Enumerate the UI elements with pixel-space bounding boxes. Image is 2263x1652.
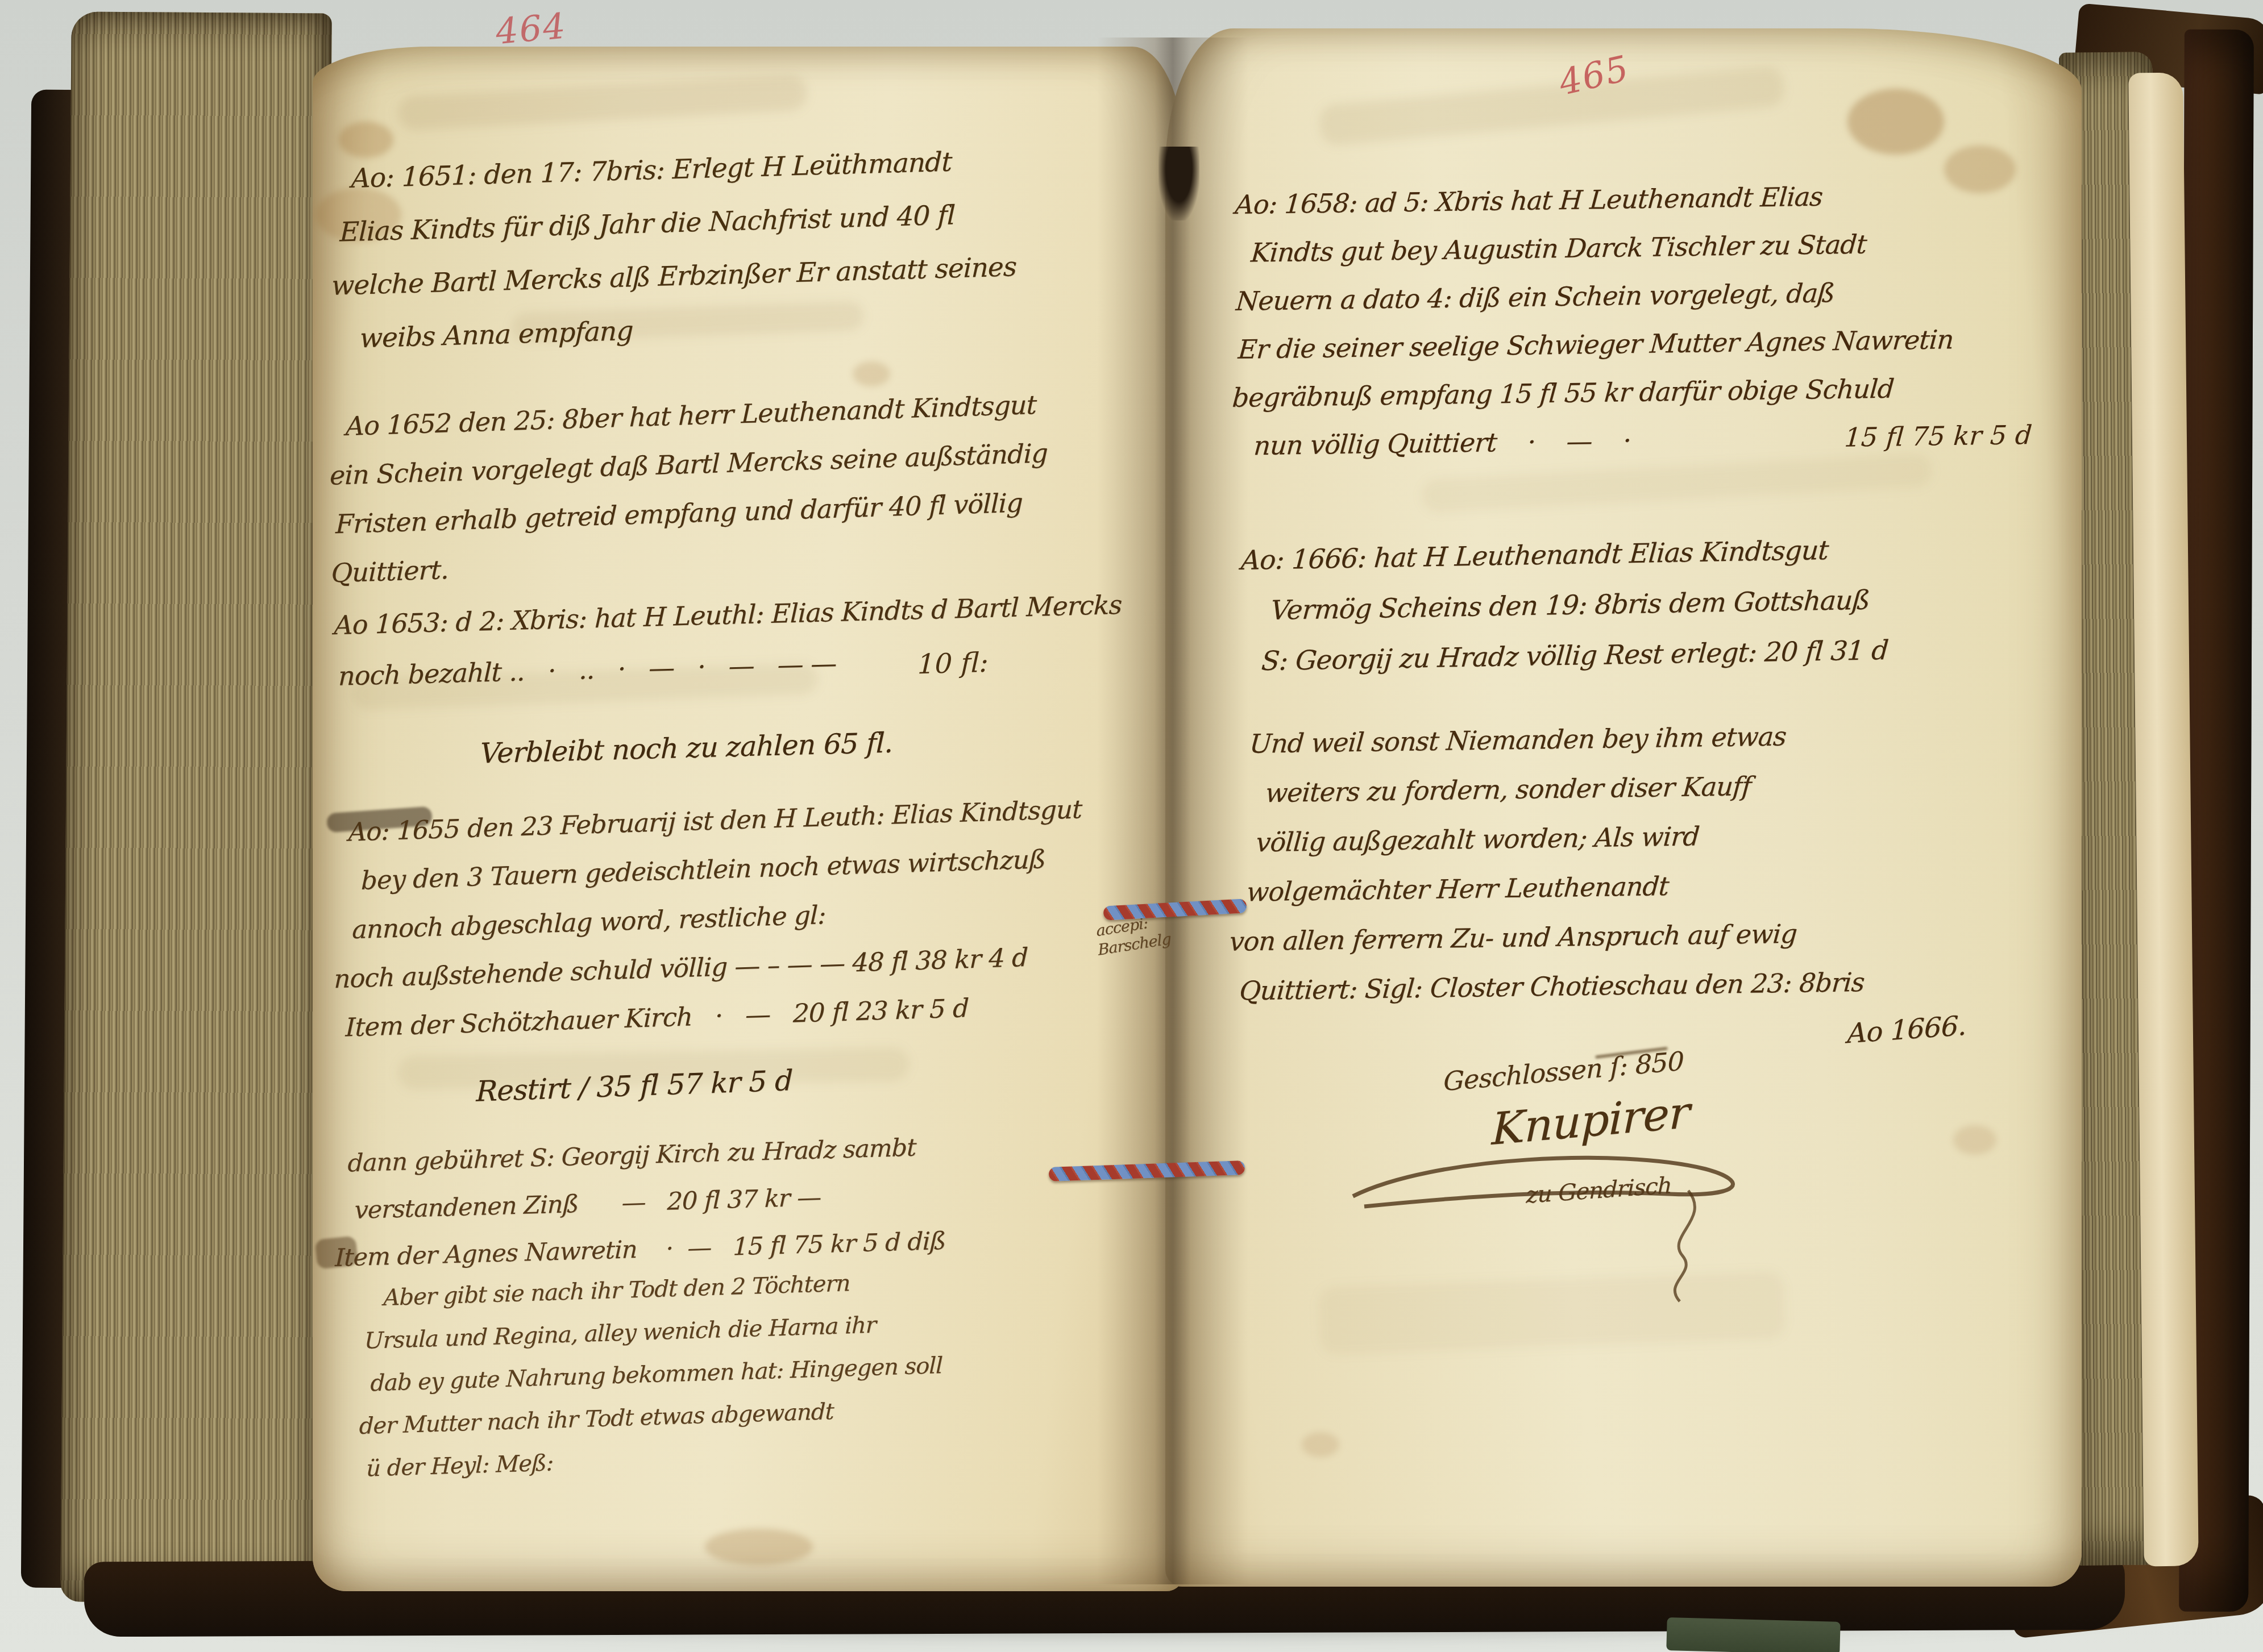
book-strap xyxy=(1666,1617,1840,1652)
left-page-edges xyxy=(60,11,332,1603)
manuscript-line: völlig außgezahlt worden; Als wird xyxy=(1254,809,1876,867)
paper-stain xyxy=(1953,1125,1996,1155)
ledger-entry-1651: Ao: 1651: den 17: 7bris: Erlegt H Leüthm… xyxy=(330,134,1020,366)
manuscript-line: Quittiert: Sigl: Closter Chotieschau den… xyxy=(1238,958,1866,1016)
ledger-entry-1658: Ao: 1658: ad 5: Xbris hat H Leuthenandt … xyxy=(1211,169,2063,471)
paper-stain xyxy=(1302,1432,1339,1457)
left-page-number: 464 xyxy=(494,5,568,53)
paper-stain xyxy=(1847,89,1944,155)
ledger-entry-1666: Ao: 1666: hat H Leuthenandt Elias Kindts… xyxy=(1232,524,1897,687)
ledger-entry-1652: Ao 1652 den 25: 8ber hat herr Leuthenand… xyxy=(326,380,1049,598)
manuscript-line: weiters zu fordern, sonder diser Kauff xyxy=(1264,760,1880,818)
manuscript-line: Und weil sonst Niemanden bey ihm etwas xyxy=(1248,710,1884,769)
signature-flourish xyxy=(1347,1134,1779,1316)
gutter-notch xyxy=(1159,147,1199,220)
ledger-entry-1655: Ao: 1655 den 23 Februarij ist den H Leut… xyxy=(322,785,1082,1052)
amount-value: 15 fl 75 kr 5 d xyxy=(1843,411,2034,462)
paper-stain xyxy=(853,361,890,386)
manuscript-photo: 464 465 Ao: 1651: den 17: 7bris: Erlegt … xyxy=(0,0,2263,1652)
ledger-entry-dues: dann gebühret S: Georgij Kirch zu Hradz … xyxy=(334,1123,948,1282)
ledger-entry-daughters: Aber gibt sie nach ihr Todt den 2 Töchte… xyxy=(361,1259,944,1491)
paper-stain xyxy=(705,1529,813,1565)
ledger-entry-1653: Ao 1653: d 2: Xbris: hat H Leuthl: Elias… xyxy=(325,582,999,702)
amount-value: 10 fl: xyxy=(917,637,989,690)
manuscript-line: von allen ferrern Zu- und Anspruch auf e… xyxy=(1228,908,1870,967)
ledger-entry-quittance: Und weil sonst Niemanden bey ihm etwas w… xyxy=(1219,710,1884,1016)
manuscript-line: wolgemächter Herr Leuthenandt xyxy=(1245,859,1873,917)
